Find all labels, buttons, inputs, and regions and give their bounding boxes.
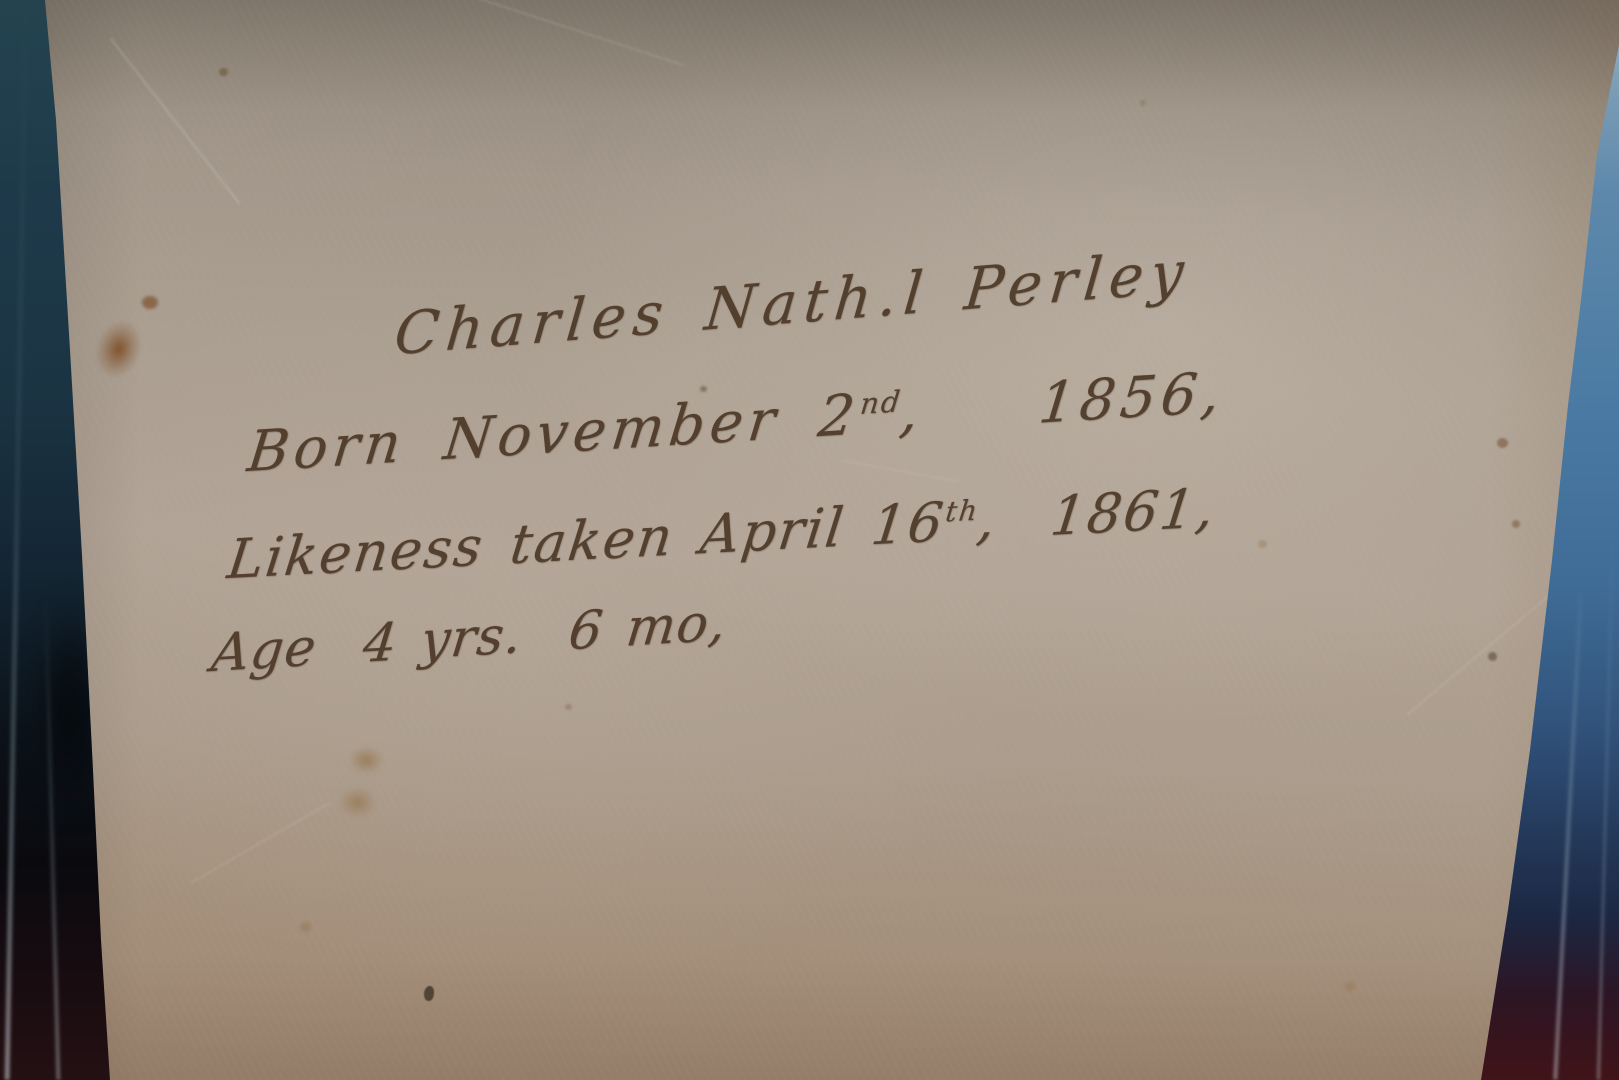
inscription-likeness-year: , 1861, — [974, 476, 1220, 552]
paper-speck — [1258, 540, 1267, 548]
stain-figure-three — [328, 740, 392, 832]
superscript-ordinal-th: th — [944, 493, 981, 528]
paper-speck — [1488, 652, 1497, 661]
paper-speck — [1512, 520, 1520, 528]
paper-speck — [219, 68, 228, 76]
paper-speck — [300, 922, 311, 932]
aged-paper: Charles Nath.l Perley Born November 2nd,… — [0, 0, 1619, 1080]
stain-rust-dot — [142, 296, 158, 309]
paper-speck — [1140, 100, 1146, 106]
paper-speck — [565, 704, 572, 710]
photo-stage: Charles Nath.l Perley Born November 2nd,… — [0, 0, 1619, 1080]
superscript-ordinal-nd: nd — [858, 384, 903, 421]
paper-speck — [1497, 438, 1508, 448]
paper-speck — [1345, 982, 1355, 991]
